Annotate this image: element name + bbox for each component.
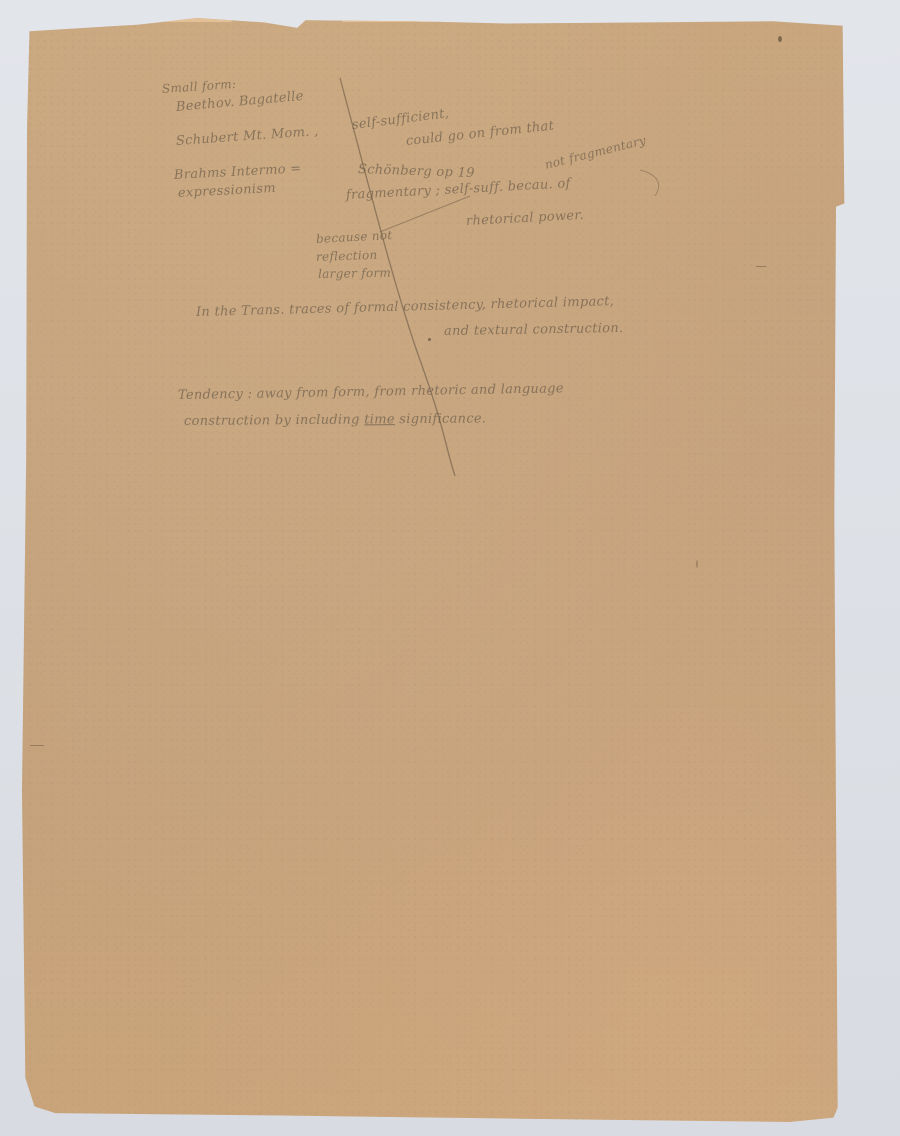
edge-crease xyxy=(30,745,44,746)
paper-blemish xyxy=(778,36,782,42)
margin-tick xyxy=(756,266,766,267)
torn-edge-strip xyxy=(142,18,232,22)
torn-edge-strip xyxy=(582,18,722,22)
scan-background: Small form: Beethov. Bagatelle Schubert … xyxy=(0,0,900,1136)
paragraph-3-line-2: construction by including time significa… xyxy=(184,411,486,429)
paragraph-3-end: significance. xyxy=(399,411,486,427)
torn-edge-strip xyxy=(342,18,452,22)
margin-note-2: reflection xyxy=(316,248,378,264)
paragraph-3-text: construction by including xyxy=(184,412,360,429)
margin-note-3: larger form xyxy=(318,266,391,281)
paper-blemish xyxy=(696,560,698,568)
paragraph-2-line-2: and textural construction. xyxy=(444,321,624,339)
paragraph-3-emphasis: time xyxy=(364,412,395,427)
ink-speck xyxy=(428,338,431,341)
